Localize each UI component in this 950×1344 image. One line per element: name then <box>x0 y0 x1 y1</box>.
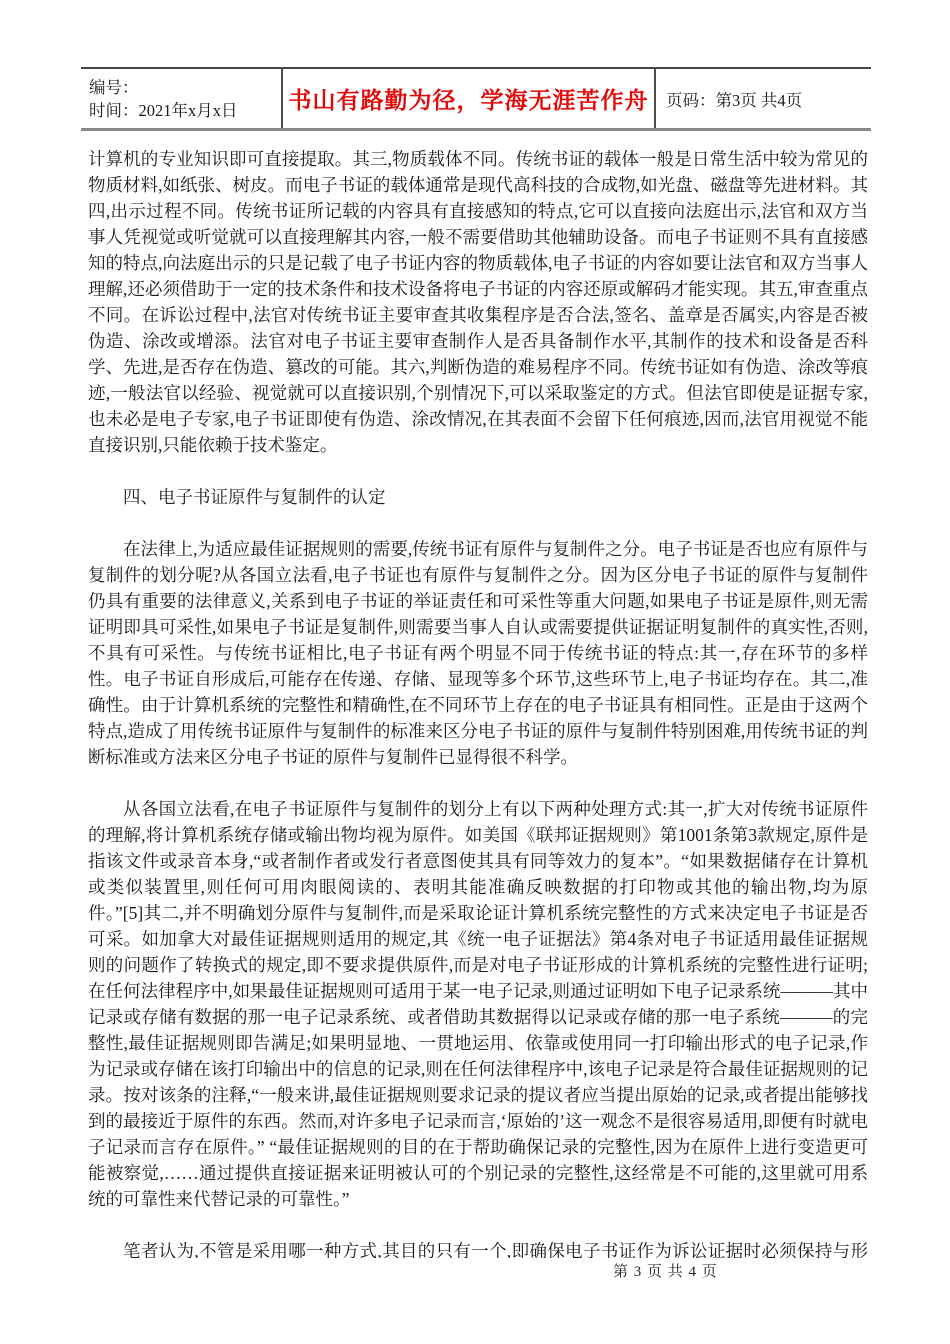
header-table: 编号： 时间：2021年x月x日 书山有路勤为径，学海无涯苦作舟 页码：第3页 … <box>81 67 871 131</box>
page-footer: 第 3 页 共 4 页 <box>613 1260 718 1281</box>
document-page: 编号： 时间：2021年x月x日 书山有路勤为径，学海无涯苦作舟 页码：第3页 … <box>0 0 950 1344</box>
body-paragraph: 在法律上,为适应最佳证据规则的需要,传统书证有原件与复制件之分。电子书证是否也应… <box>88 536 868 770</box>
body-paragraph: 从各国立法看,在电子书证原件与复制件的划分上有以下两种处理方式:其一,扩大对传统… <box>88 796 868 1212</box>
header-page-cell: 页码：第3页 共4页 <box>656 69 871 128</box>
motto-text: 书山有路勤为径，学海无涯苦作舟 <box>289 82 649 115</box>
page-number-field: 页码：第3页 共4页 <box>666 87 802 111</box>
time-field: 时间：2021年x月x日 <box>89 99 281 122</box>
body-paragraph-continued: 计算机的专业知识即可直接提取。其三,物质载体不同。传统书证的载体一般是日常生活中… <box>88 146 868 458</box>
section-heading: 四、电子书证原件与复制件的认定 <box>88 484 868 510</box>
document-body: 计算机的专业知识即可直接提取。其三,物质载体不同。传统书证的载体一般是日常生活中… <box>88 146 868 1258</box>
body-paragraph: 笔者认为,不管是采用哪一种方式,其目的只有一个,即确保电子书证作为诉讼证据时必须… <box>88 1238 868 1258</box>
motto-banner: 书山有路勤为径，学海无涯苦作舟 <box>283 69 656 128</box>
number-field: 编号： <box>89 76 281 99</box>
header-left-cell: 编号： 时间：2021年x月x日 <box>81 69 283 128</box>
